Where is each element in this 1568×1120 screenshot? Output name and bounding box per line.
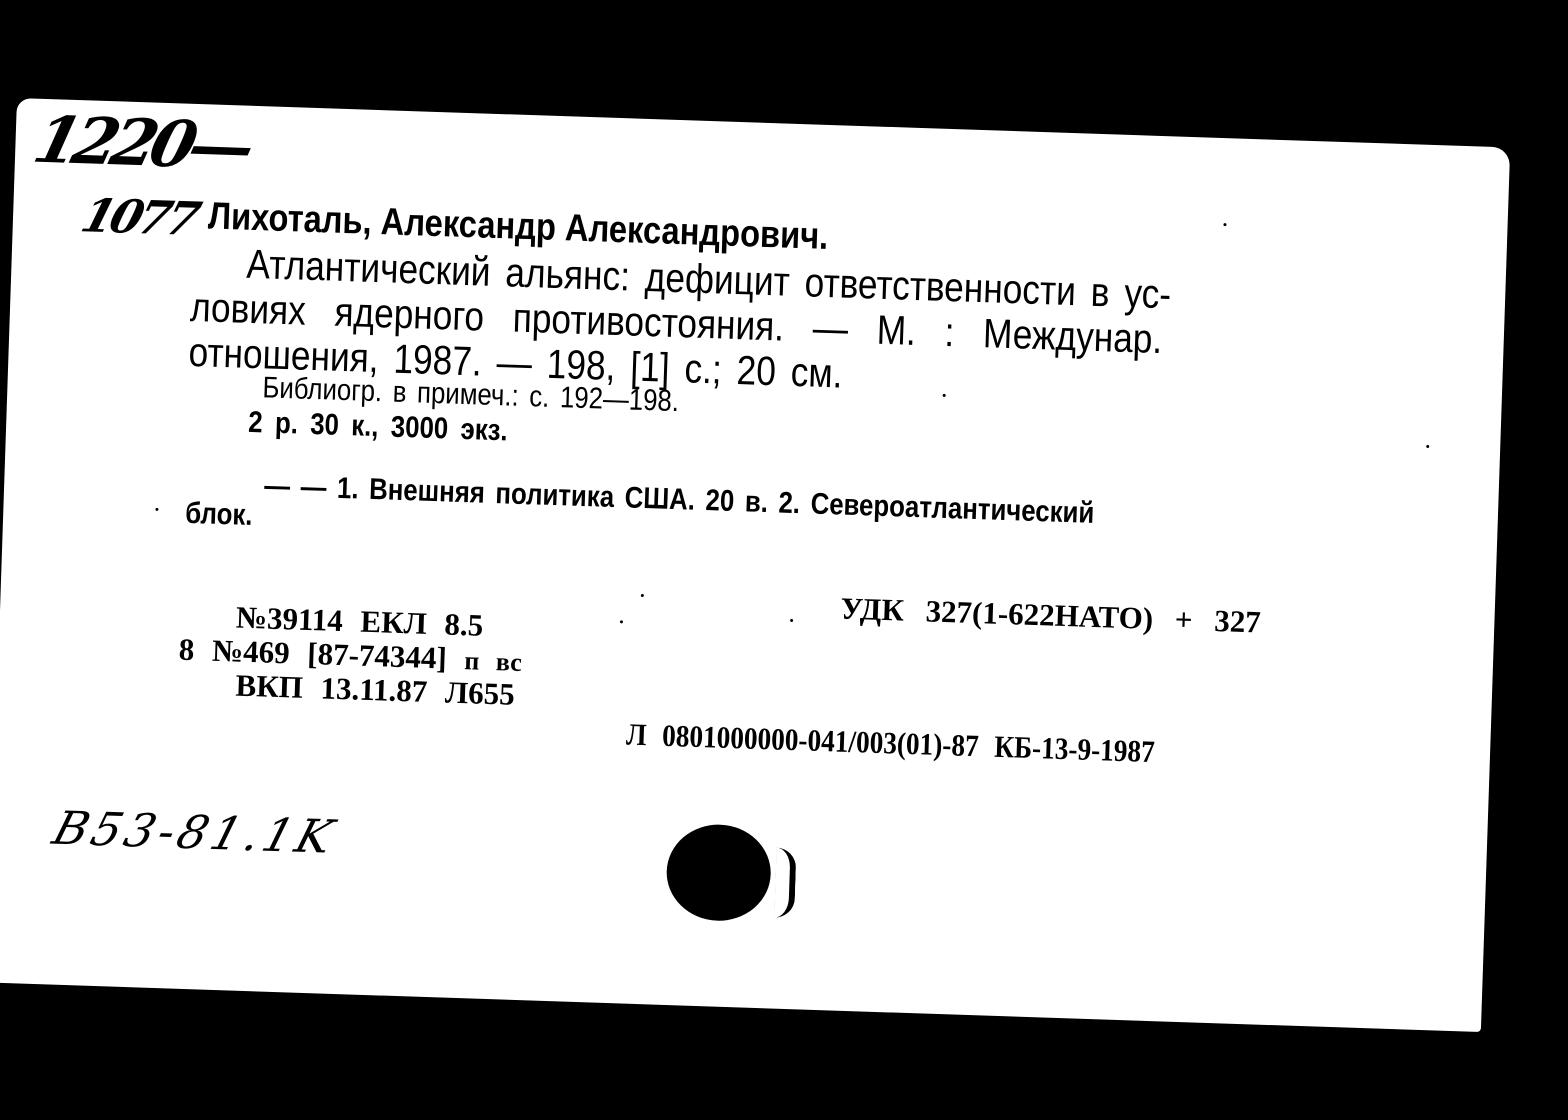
price-print-run: 2 р. 30 к., 3000 экз. xyxy=(248,408,508,447)
udc-classification: УДК 327(1-622НАТО) + 327 xyxy=(840,593,1261,638)
speck xyxy=(641,594,644,597)
speck xyxy=(155,508,158,511)
speck xyxy=(790,619,793,622)
speck xyxy=(943,394,946,397)
catalog-card: 1220— 1077 Лихоталь, Александр Александр… xyxy=(0,98,1510,1032)
publication-code: Л 0801000000-041/003(01)-87 КБ-13-9-1987 xyxy=(626,719,1156,768)
registry-line-2-main: 8 №469 [87-74344] xyxy=(178,632,447,676)
scan-background: 1220— 1077 Лихоталь, Александр Александр… xyxy=(0,0,1568,1120)
speck xyxy=(620,620,623,623)
speck xyxy=(1223,223,1226,226)
registry-line-3: ВКП 13.11.87 Л655 xyxy=(235,670,515,710)
subject-headings-line-1: — — 1. Внешняя политика США. 20 в. 2. Се… xyxy=(264,471,1095,529)
punch-hole-tear xyxy=(774,848,796,919)
registry-line-2-suffix: п вс xyxy=(464,646,522,677)
speck xyxy=(1426,445,1429,448)
subject-headings-line-2: блок. xyxy=(185,499,253,531)
punch-hole xyxy=(665,823,772,922)
handwritten-classification-code: B53-81.1K xyxy=(48,805,342,860)
handwritten-shelf-subnumber: 1077 xyxy=(77,192,202,241)
handwritten-shelf-number: 1220— xyxy=(28,109,256,180)
